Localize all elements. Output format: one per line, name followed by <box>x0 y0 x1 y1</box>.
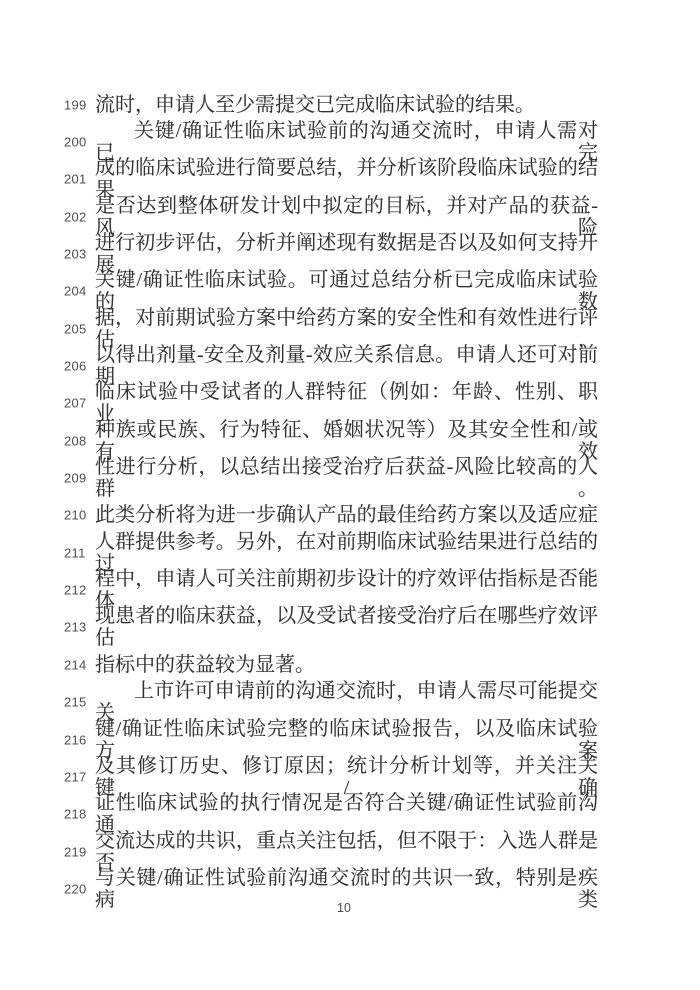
document-line: 204 关键/确证性临床试验。可通过总结分析已完成临床试验的数 <box>0 273 700 310</box>
document-line: 207 临床试验中受试者的人群特征（例如：年龄、性别、职业、 <box>0 385 700 422</box>
line-text: 指标中的获益较为显著。 <box>95 654 598 676</box>
line-number: 204 <box>64 284 87 299</box>
document-line: 200 关键/确证性临床试验前的沟通交流时，申请人需对已完 <box>0 123 700 160</box>
line-number: 216 <box>64 732 87 747</box>
document-line: 215 上市许可申请前的沟通交流时，申请人需尽可能提交关 <box>0 684 700 721</box>
line-number: 207 <box>64 396 87 411</box>
line-number: 214 <box>64 657 87 672</box>
document-line: 209 性进行分析，以总结出接受治疗后获益-风险比较高的人群。 <box>0 459 700 496</box>
line-number: 212 <box>64 583 87 598</box>
line-number: 206 <box>64 359 87 374</box>
document-line: 208 种族或民族、行为特征、婚姻状况等）及其安全性和/或有效 <box>0 422 700 459</box>
document-line: 218 证性临床试验的执行情况是否符合关键/确证性试验前沟通 <box>0 796 700 833</box>
line-number: 199 <box>64 97 87 112</box>
document-line: 212 程中，申请人可关注前期初步设计的疗效评估指标是否能体 <box>0 571 700 608</box>
line-number: 205 <box>64 321 87 336</box>
line-text: 流时，申请人至少需提交已完成临床试验的结果。 <box>95 94 598 116</box>
document-line: 216 键/确证性临床试验完整的临床试验报告，以及临床试验方案 <box>0 721 700 758</box>
line-number: 215 <box>64 695 87 710</box>
line-number: 201 <box>64 172 87 187</box>
document-line: 206 以得出剂量-安全及剂量-效应关系信息。申请人还可对前期 <box>0 347 700 384</box>
document-line: 211 人群提供参考。另外，在对前期临床试验结果进行总结的过 <box>0 534 700 571</box>
document-line: 214 指标中的获益较为显著。 <box>0 646 700 683</box>
document-line: 210 此类分析将为进一步确认产品的最佳给药方案以及适应症 <box>0 497 700 534</box>
page-number: 10 <box>0 901 688 915</box>
text-block: 199 流时，申请人至少需提交已完成临床试验的结果。 200 关键/确证性临床试… <box>0 86 700 908</box>
line-text: 性进行分析，以总结出接受治疗后获益-风险比较高的人群。 <box>95 456 598 500</box>
line-number: 219 <box>64 844 87 859</box>
line-number: 203 <box>64 247 87 262</box>
line-number: 202 <box>64 209 87 224</box>
line-text: 此类分析将为进一步确认产品的最佳给药方案以及适应症 <box>95 504 598 526</box>
document-line: 213 现患者的临床获益，以及受试者接受治疗后在哪些疗效评估 <box>0 609 700 646</box>
line-number: 218 <box>64 807 87 822</box>
line-number: 200 <box>64 135 87 150</box>
line-number: 220 <box>64 881 87 896</box>
line-number: 210 <box>64 508 87 523</box>
line-number: 209 <box>64 471 87 486</box>
line-number: 208 <box>64 433 87 448</box>
document-line: 203 进行初步评估，分析并阐述现有数据是否以及如何支持开展 <box>0 235 700 272</box>
document-line: 217 及其修订历史、修订原因；统计分析计划等，并关注关键/确 <box>0 758 700 795</box>
document-page: 199 流时，申请人至少需提交已完成临床试验的结果。 200 关键/确证性临床试… <box>0 0 700 990</box>
line-number: 211 <box>64 545 86 560</box>
document-line: 201 成的临床试验进行简要总结，并分析该阶段临床试验的结果 <box>0 161 700 198</box>
document-line: 219 交流达成的共识，重点关注包括，但不限于：入选人群是否 <box>0 833 700 870</box>
document-line: 202 是否达到整体研发计划中拟定的目标，并对产品的获益-风险 <box>0 198 700 235</box>
line-text: 现患者的临床获益，以及受试者接受治疗后在哪些疗效评估 <box>95 605 598 649</box>
line-number: 213 <box>64 620 87 635</box>
document-line: 205 据，对前期试验方案中给药方案的安全性和有效性进行评估， <box>0 310 700 347</box>
document-line: 199 流时，申请人至少需提交已完成临床试验的结果。 <box>0 86 700 123</box>
line-number: 217 <box>64 769 87 784</box>
